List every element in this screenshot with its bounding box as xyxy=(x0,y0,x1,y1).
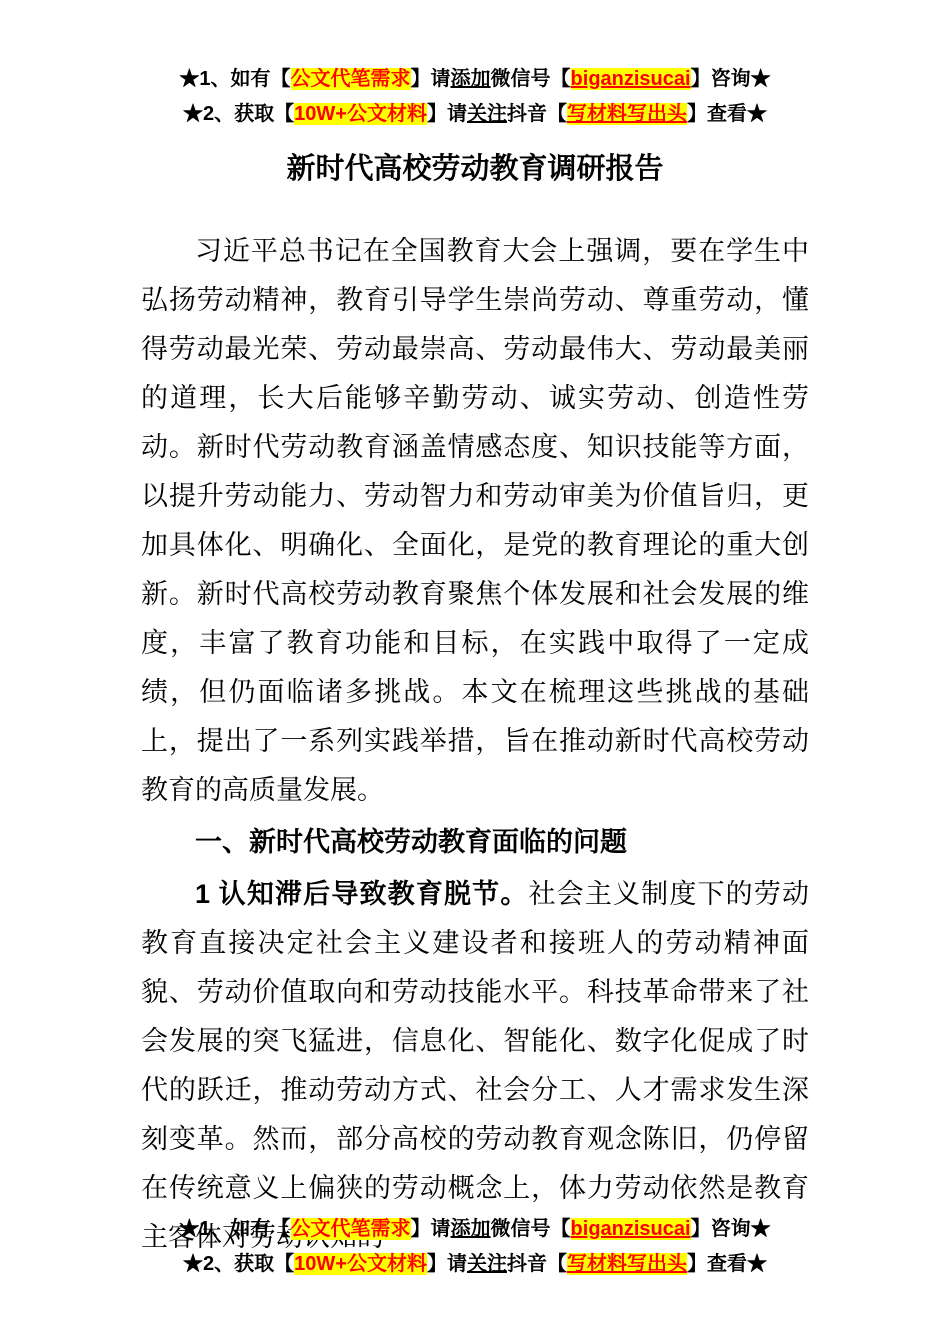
promo-highlight-wechat-id: biganzisucai xyxy=(571,68,691,90)
promo-text: 】咨询★ xyxy=(691,1218,771,1240)
promo-text: 】查看★ xyxy=(687,103,767,125)
promo-text: 】请 xyxy=(427,1253,467,1275)
promo-text: 】咨询★ xyxy=(691,68,771,90)
footer-promo-banner: ★1、如有【公文代笔需求】请添加微信号【biganzisucai】咨询★ ★2、… xyxy=(0,1212,950,1282)
promo-underline-add: 添加 xyxy=(451,68,491,90)
header-promo-line-1: ★1、如有【公文代笔需求】请添加微信号【biganzisucai】咨询★ xyxy=(0,62,950,97)
promo-underline-follow: 关注 xyxy=(467,103,507,125)
promo-text: ★1、如有【 xyxy=(179,68,290,90)
promo-highlight-service: 公文代笔需求 xyxy=(291,1218,411,1240)
promo-text: 抖音【 xyxy=(507,1253,567,1275)
header-promo-line-2: ★2、获取【10W+公文材料】请关注抖音【写材料写出头】查看★ xyxy=(0,97,950,132)
paragraph-lead-bold: 1 认知滞后导致教育脱节。 xyxy=(195,879,529,909)
promo-highlight-materials: 10W+公文材料 xyxy=(294,103,427,125)
promo-text: 】请 xyxy=(411,68,451,90)
paragraph-body-text: 社会主义制度下的劳动教育直接决定社会主义建设者和接班人的劳动精神面貌、劳动价值取… xyxy=(141,879,809,1252)
promo-highlight-service: 公文代笔需求 xyxy=(291,68,411,90)
footer-promo-line-2: ★2、获取【10W+公文材料】请关注抖音【写材料写出头】查看★ xyxy=(0,1247,950,1282)
footer-promo-line-1: ★1、如有【公文代笔需求】请添加微信号【biganzisucai】咨询★ xyxy=(0,1212,950,1247)
paragraph-problem-1: 1 认知滞后导致教育脱节。社会主义制度下的劳动教育直接决定社会主义建设者和接班人… xyxy=(141,870,809,1262)
promo-text: ★2、获取【 xyxy=(183,1253,294,1275)
document-page: ★1、如有【公文代笔需求】请添加微信号【biganzisucai】咨询★ ★2、… xyxy=(0,0,950,1344)
promo-text: 抖音【 xyxy=(507,103,567,125)
promo-underline-add: 添加 xyxy=(451,1218,491,1240)
promo-text: 微信号【 xyxy=(491,68,571,90)
promo-text: 】请 xyxy=(427,103,467,125)
paragraph-intro: 习近平总书记在全国教育大会上强调，要在学生中弘扬劳动精神，教育引导学生崇尚劳动、… xyxy=(141,227,809,815)
document-body: 习近平总书记在全国教育大会上强调，要在学生中弘扬劳动精神，教育引导学生崇尚劳动、… xyxy=(141,227,809,1262)
document-title: 新时代高校劳动教育调研报告 xyxy=(0,150,950,188)
promo-highlight-douyin-id: 写材料写出头 xyxy=(567,1253,687,1275)
promo-highlight-wechat-id: biganzisucai xyxy=(571,1218,691,1240)
promo-highlight-douyin-id: 写材料写出头 xyxy=(567,103,687,125)
promo-text: ★2、获取【 xyxy=(183,103,294,125)
header-promo-banner: ★1、如有【公文代笔需求】请添加微信号【biganzisucai】咨询★ ★2、… xyxy=(0,62,950,132)
promo-text: ★1、如有【 xyxy=(179,1218,290,1240)
section-heading-1: 一、新时代高校劳动教育面临的问题 xyxy=(141,818,809,867)
promo-highlight-materials: 10W+公文材料 xyxy=(294,1253,427,1275)
promo-text: 】请 xyxy=(411,1218,451,1240)
promo-text: 】查看★ xyxy=(687,1253,767,1275)
promo-text: 微信号【 xyxy=(491,1218,571,1240)
promo-underline-follow: 关注 xyxy=(467,1253,507,1275)
